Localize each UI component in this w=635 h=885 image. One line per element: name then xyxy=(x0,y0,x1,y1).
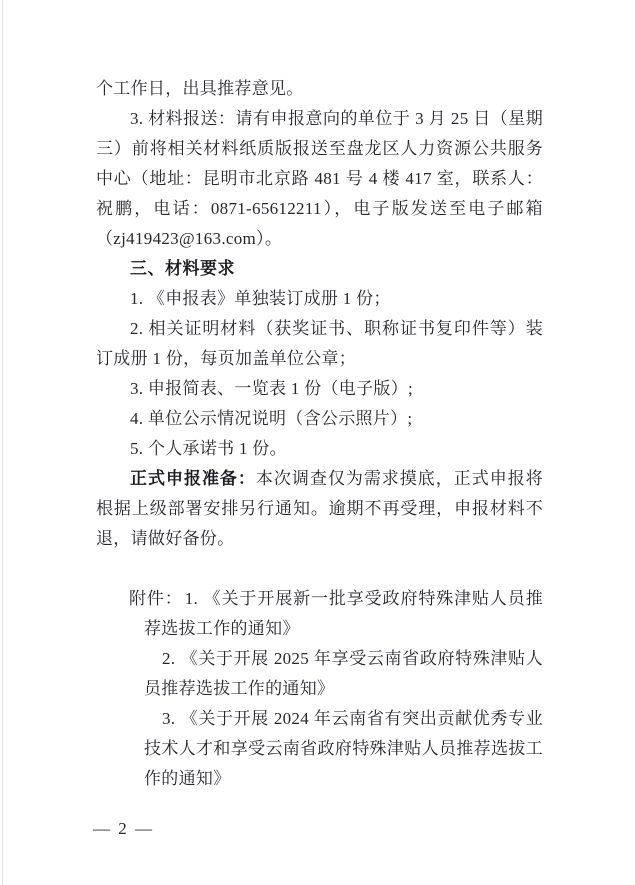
attachment-1-number: 1. xyxy=(185,589,198,608)
attachment-item-3: 3.《关于开展 2024 年云南省有突出贡献优秀专业技术人才和享受云南省政府特殊… xyxy=(144,704,543,794)
attachment-1-title: 《关于开展新一批享受政府特殊津贴人员推荐选拔工作的通知》 xyxy=(144,589,543,638)
scan-edge-line xyxy=(2,0,3,885)
requirement-item-1: 1. 《申报表》单独装订成册 1 份； xyxy=(96,284,543,314)
paragraph-material-submission: 3. 材料报送：请有申报意向的单位于 3 月 25 日（星期三）前将相关材料纸质… xyxy=(96,104,543,254)
requirement-item-4: 4. 单位公示情况说明（含公示照片）; xyxy=(96,404,543,434)
section-heading-material-requirements: 三、材料要求 xyxy=(96,254,543,284)
document-body: 个工作日，出具推荐意见。 3. 材料报送：请有申报意向的单位于 3 月 25 日… xyxy=(96,74,543,794)
requirement-item-5: 5. 个人承诺书 1 份。 xyxy=(96,434,543,464)
attachment-3-number: 3. xyxy=(162,709,175,728)
formal-notice-lead: 正式申报准备： xyxy=(130,469,256,488)
attachment-2-title: 《关于开展 2025 年享受云南省政府特殊津贴人员推荐选拔工作的通知》 xyxy=(144,649,543,698)
attachments-block: 附件：1.《关于开展新一批享受政府特殊津贴人员推荐选拔工作的通知》 2.《关于开… xyxy=(96,584,543,794)
requirement-item-2: 2. 相关证明材料（获奖证书、职称证书复印件等）装订成册 1 份，每页加盖单位公… xyxy=(96,314,543,374)
attachment-item-2: 2.《关于开展 2025 年享受云南省政府特殊津贴人员推荐选拔工作的通知》 xyxy=(144,644,543,704)
attachment-2-number: 2. xyxy=(162,649,175,668)
attachments-label: 附件： xyxy=(129,589,183,608)
paragraph-formal-notice: 正式申报准备：本次调查仅为需求摸底，正式申报将根据上级部署安排另行通知。逾期不再… xyxy=(96,464,543,554)
paragraph-continuation: 个工作日，出具推荐意见。 xyxy=(96,74,543,104)
attachment-3-title: 《关于开展 2024 年云南省有突出贡献优秀专业技术人才和享受云南省政府特殊津贴… xyxy=(144,709,543,788)
attachment-item-1: 附件：1.《关于开展新一批享受政府特殊津贴人员推荐选拔工作的通知》 xyxy=(144,584,543,644)
requirement-item-3: 3. 申报简表、一览表 1 份（电子版）; xyxy=(96,374,543,404)
page-number: — 2 — xyxy=(93,819,154,839)
document-page: 个工作日，出具推荐意见。 3. 材料报送：请有申报意向的单位于 3 月 25 日… xyxy=(0,0,635,885)
